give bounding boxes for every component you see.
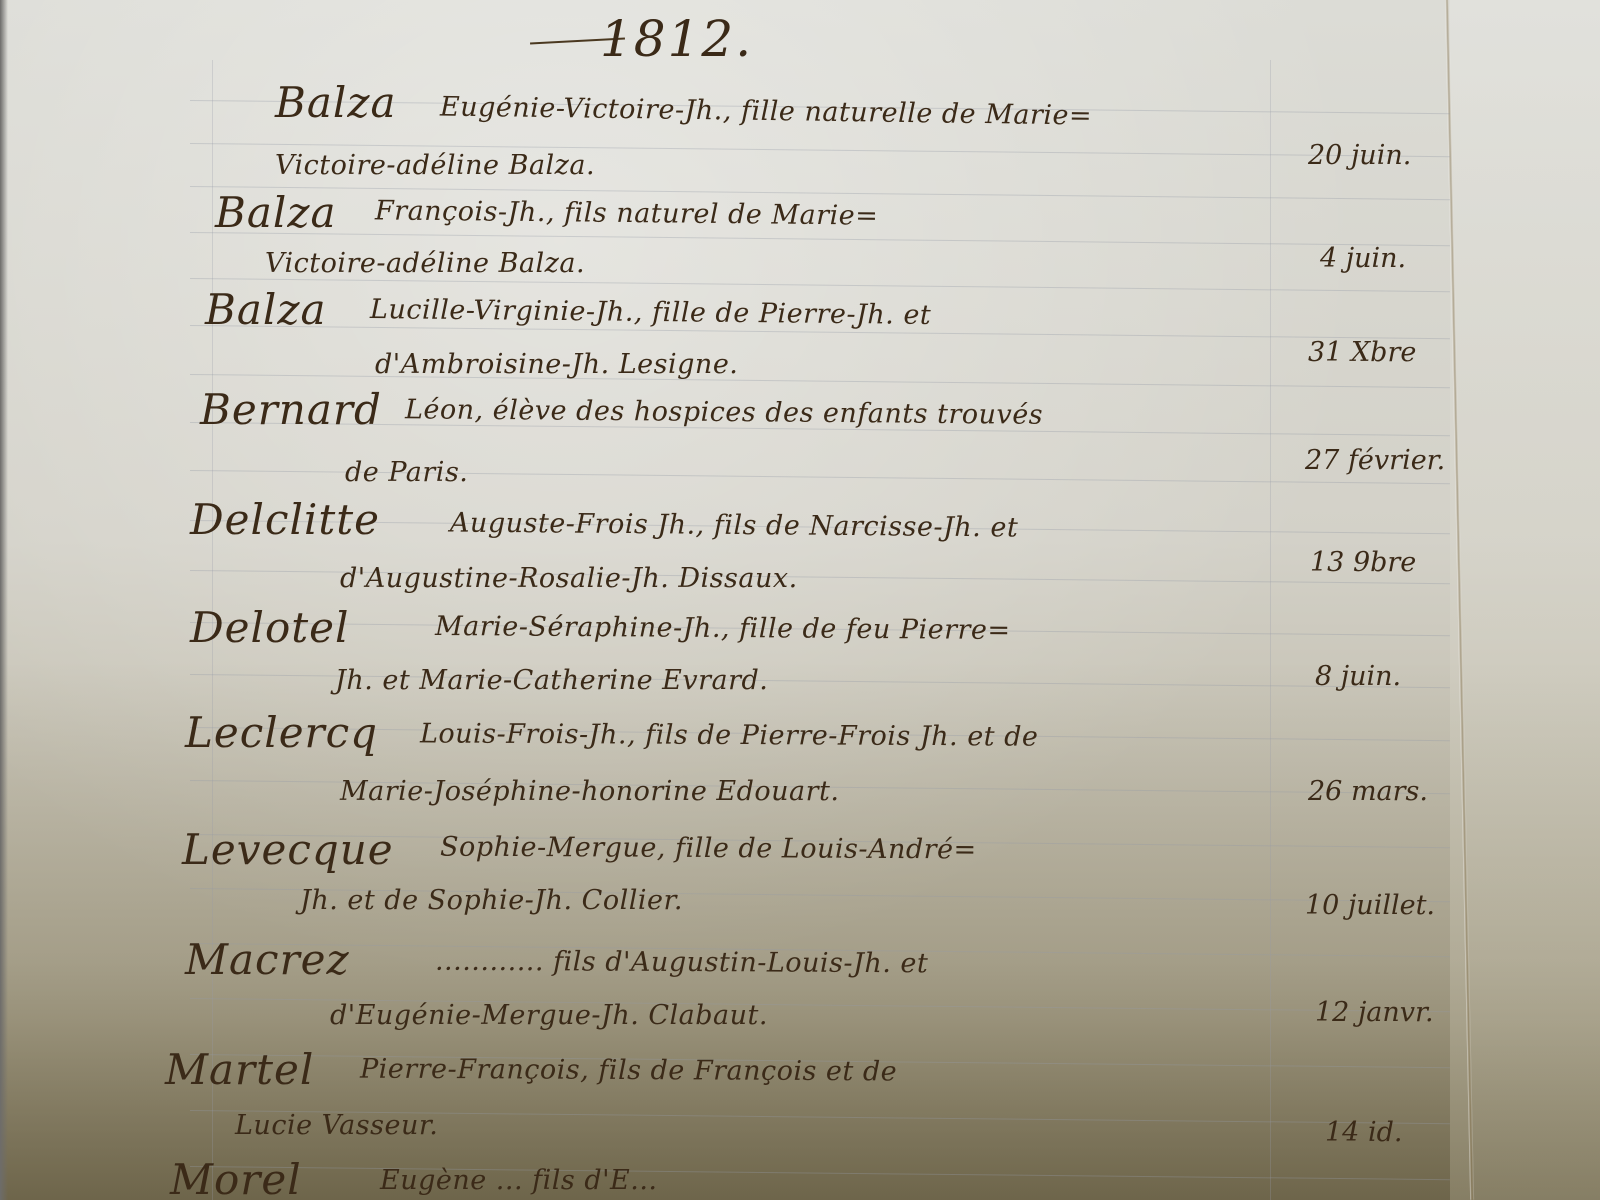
entry-surname: Martel xyxy=(165,1045,314,1094)
entry-date: 26 mars. xyxy=(1308,776,1428,807)
entry-surname: Macrez xyxy=(185,935,350,984)
entry-date: 27 février. xyxy=(1305,445,1445,476)
entry-line1: Lucille-Virginie-Jh., fille de Pierre-Jh… xyxy=(370,294,932,331)
entry-surname: Leclercq xyxy=(185,708,378,757)
entry-line2: Lucie Vasseur. xyxy=(235,1110,438,1141)
entry-line1: Sophie-Mergue, fille de Louis-André= xyxy=(440,832,977,866)
entry-surname: Delclitte xyxy=(190,495,380,544)
entry-date: 31 Xbre xyxy=(1308,337,1416,368)
entry-line2: d'Augustine-Rosalie-Jh. Dissaux. xyxy=(340,563,798,594)
entry-date: 8 juin. xyxy=(1315,661,1401,692)
page-edge-shadow xyxy=(0,0,8,1200)
adjacent-page-flap xyxy=(1450,0,1600,1200)
entry-line1: Léon, élève des hospices des enfants tro… xyxy=(405,394,1043,431)
entry-surname: Bernard xyxy=(200,385,382,434)
entry-date: 10 juillet. xyxy=(1305,890,1435,921)
year-heading: 1812. xyxy=(600,10,753,68)
entry-date: 14 id. xyxy=(1325,1117,1402,1148)
entry-surname: Balza xyxy=(275,78,397,127)
entry-line1: Louis-Frois-Jh., fils de Pierre-Frois Jh… xyxy=(420,718,1039,752)
register-page: 1812. Balza Eugénie-Victoire-Jh., fille … xyxy=(0,0,1600,1200)
ruled-line xyxy=(190,1166,1450,1180)
entry-surname: Levecque xyxy=(182,825,394,874)
entry-line2: Jh. et de Sophie-Jh. Collier. xyxy=(300,885,683,916)
entry-line2: Victoire-adéline Balza. xyxy=(275,150,595,181)
entry-line1: Eugénie-Victoire-Jh., fille naturelle de… xyxy=(440,91,1093,131)
ruled-line xyxy=(190,278,1450,292)
entry-surname: Morel xyxy=(170,1155,302,1200)
entry-surname: Balza xyxy=(215,188,337,237)
entry-line2: Marie-Joséphine-honorine Edouart. xyxy=(340,776,839,807)
entry-date: 13 9bre xyxy=(1310,547,1416,578)
entry-line1: Eugène ... fils d'E... xyxy=(380,1165,658,1196)
entry-line2: d'Ambroisine-Jh. Lesigne. xyxy=(375,349,738,380)
entry-date: 20 juin. xyxy=(1308,140,1411,171)
entry-line1: ............ fils d'Augustin-Louis-Jh. e… xyxy=(435,946,928,980)
entry-line1: François-Jh., fils naturel de Marie= xyxy=(375,195,879,231)
date-column-line xyxy=(1270,60,1271,1200)
entry-line2: de Paris. xyxy=(345,457,468,488)
entry-date: 4 juin. xyxy=(1320,243,1406,274)
entry-surname: Delotel xyxy=(190,603,349,652)
entry-line2: Victoire-adéline Balza. xyxy=(265,248,585,279)
entry-surname: Balza xyxy=(205,285,327,334)
entry-line1: Pierre-François, fils de François et de xyxy=(360,1054,897,1088)
entry-line2: Jh. et Marie-Catherine Evrard. xyxy=(335,665,768,696)
ruled-line xyxy=(190,232,1450,246)
entry-line2: d'Eugénie-Mergue-Jh. Clabaut. xyxy=(330,1000,768,1031)
entry-line1: Marie-Séraphine-Jh., fille de feu Pierre… xyxy=(435,611,1011,646)
entry-line1: Auguste-Frois Jh., fils de Narcisse-Jh. … xyxy=(450,508,1019,544)
entry-date: 12 janvr. xyxy=(1315,997,1434,1028)
